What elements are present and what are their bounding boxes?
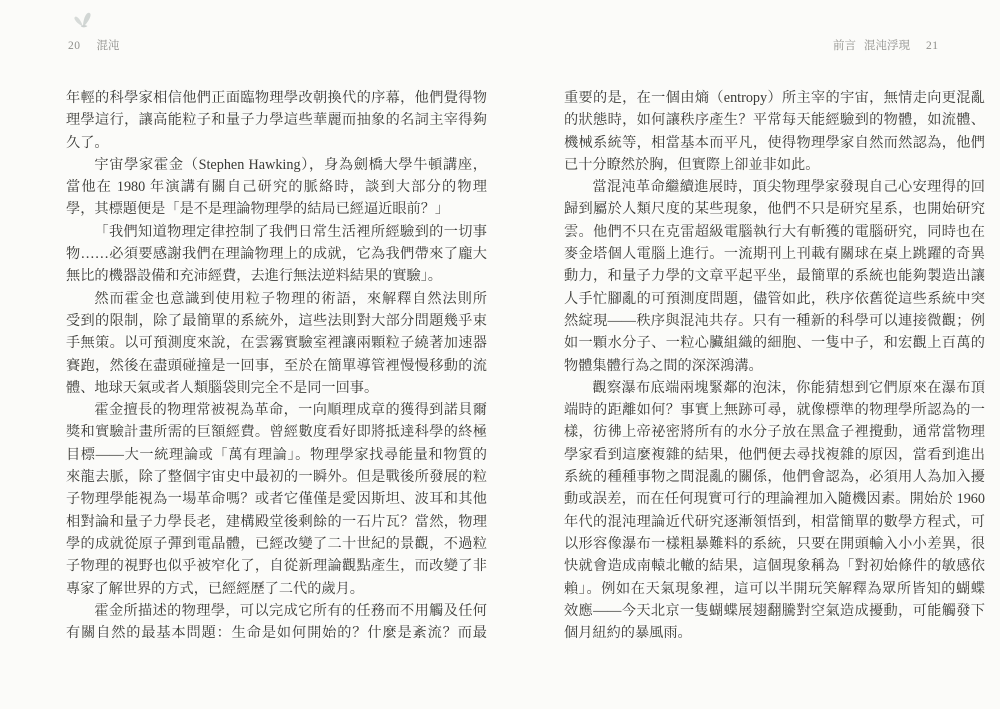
text-line: 無比的機器設備和充沛經費，去進行無法逆料結果的實驗」。 bbox=[66, 265, 487, 287]
text-line: 物……必須要感謝我們在理論物理上的成就，它為我們帶來了龐大 bbox=[66, 243, 487, 265]
text-line: 系統的種種事物之間混亂的關係，他們會認為，必須用人為加入擾 bbox=[564, 466, 985, 488]
text-line: 子物理的視野也似乎被窄化了，自從新理論觀點產生，而改變了非 bbox=[66, 555, 487, 577]
text-line: 重要的是，在一個由熵（entropy）所主宰的宇宙，無情走向更混亂 bbox=[564, 87, 985, 109]
text-line: 當他在 1980 年演講有關自己研究的脈絡時，談到大部分的物理 bbox=[66, 176, 487, 198]
text-line: 賽跑，然後在盡頭碰撞是一回事，至於在簡單導管裡慢慢移動的流 bbox=[66, 355, 487, 377]
text-line: 動或誤差，而在任何現實可行的理論裡加入隨機因素。開始於 1960 bbox=[564, 488, 985, 510]
running-head-right: 前言混沌浮現21 bbox=[833, 39, 939, 53]
text-line: 的狀態時，如何讓秩序產生？平常每天能經驗到的物體，如流體、 bbox=[564, 109, 985, 131]
text-line: 霍金所描述的物理學，可以完成它所有的任務而不用觸及任何 bbox=[66, 600, 487, 622]
text-line: 來龍去脈，除了整個宇宙史中最初的一瞬外。但是戰後所發展的粒 bbox=[66, 466, 487, 488]
text-line: 賴」。例如在天氣現象裡，這可以半開玩笑解釋為眾所皆知的蝴蝶 bbox=[564, 578, 985, 600]
text-line: 個月紐約的暴風雨。 bbox=[564, 622, 985, 644]
text-line: 快就會造成南轅北轍的結果，這個現象稱為「對初始條件的敏感依 bbox=[564, 555, 985, 577]
page-number-right: 21 bbox=[926, 40, 939, 52]
text-line: 麥金塔個人電腦上進行。一流期刊上刊載有關球在桌上跳躍的奇異 bbox=[564, 243, 985, 265]
page-right: 前言混沌浮現21 重要的是，在一個由熵（entropy）所主宰的宇宙，無情走向更… bbox=[500, 0, 1000, 709]
text-line: 然而霍金也意識到使用粒子物理的術語，來解釋自然法則所 bbox=[66, 288, 487, 310]
text-line: 有關自然的最基本問題：生命是如何開始的？什麼是紊流？而最 bbox=[66, 622, 487, 644]
text-line: 受到的限制，除了最簡單的系統外，這些法則對大部分問題幾乎束 bbox=[66, 310, 487, 332]
text-line: 宇宙學家霍金（Stephen Hawking），身為劍橋大學牛頓講座， bbox=[66, 154, 487, 176]
text-line: 物體集體行為之間的深深鴻溝。 bbox=[564, 355, 985, 377]
text-line: 「我們知道物理定律控制了我們日常生活裡所經驗到的一切事 bbox=[66, 221, 487, 243]
text-line: 手無策。以可預測度來說，在雲霧實驗室裡讓兩顆粒子繞著加速器 bbox=[66, 332, 487, 354]
text-line: 年代的混沌理論近代研究逐漸領悟到，相當簡單的數學方程式，可 bbox=[564, 511, 985, 533]
book-title: 混沌 bbox=[97, 40, 120, 52]
page-right-text-block: 重要的是，在一個由熵（entropy）所主宰的宇宙，無情走向更混亂的狀態時，如何… bbox=[564, 87, 985, 644]
section-title: 前言 bbox=[833, 40, 856, 52]
text-line: 體、地球天氣或者人類腦袋則完全不是同一回事。 bbox=[66, 377, 487, 399]
text-line: 子物理學能視為一場革命嗎？或者它僅僅是愛因斯坦、波耳和其他 bbox=[66, 488, 487, 510]
text-line: 效應——今天北京一隻蝴蝶展翅翻騰對空氣造成擾動，可能觸發下 bbox=[564, 600, 985, 622]
text-line: 動力，和量子力學的文章平起平坐，最簡單的系統也能夠製造出讓 bbox=[564, 265, 985, 287]
text-line: 學，其標題便是「是不是理論物理學的結局已經逼近眼前？」 bbox=[66, 198, 487, 220]
text-line: 如一顆水分子、一粒心臟組織的細胞、一隻中子，和宏觀上百萬的 bbox=[564, 332, 985, 354]
page-number-left: 20 bbox=[68, 40, 81, 52]
text-line: 獎和實驗計畫所需的巨額經費。曾經數度看好即將抵達科學的終極 bbox=[66, 421, 487, 443]
text-line: 以形容像瀑布一樣粗暴難料的系統，只要在開頭輸入小小差異，很 bbox=[564, 533, 985, 555]
text-line: 樣，彷彿上帝祕密將所有的水分子放在黑盒子裡攪動，通常當物理 bbox=[564, 421, 985, 443]
book-spread: 20混沌 年輕的科學家相信他們正面臨物理學改朝換代的序幕，他們覺得物理學這行，讓… bbox=[0, 0, 1000, 709]
text-line: 久了。 bbox=[66, 132, 487, 154]
text-line: 專家了解世界的方式，已經經歷了二代的歲月。 bbox=[66, 578, 487, 600]
text-line: 霍金擅長的物理常被視為革命，一向順理成章的獲得到諾貝爾 bbox=[66, 399, 487, 421]
text-line: 歸到屬於人類尺度的某些現象，他們不只是研究星系，也開始研究 bbox=[564, 198, 985, 220]
running-head-left: 20混沌 bbox=[68, 39, 120, 53]
text-line: 端時的距離如何？事實上無跡可尋，就像標準的物理學所認為的一 bbox=[564, 399, 985, 421]
text-line: 然綻現——秩序與混沌共存。只有一種新的科學可以連接微觀；例 bbox=[564, 310, 985, 332]
text-line: 雲。他們不只在克雷超級電腦執行大有斬獲的電腦研究，同時也在 bbox=[564, 221, 985, 243]
butterfly-logo-icon bbox=[71, 9, 95, 33]
text-line: 當混沌革命繼續進展時，頂尖物理學家發現自己心安理得的回 bbox=[564, 176, 985, 198]
text-line: 年輕的科學家相信他們正面臨物理學改朝換代的序幕，他們覺得物 bbox=[66, 87, 487, 109]
page-left-text-block: 年輕的科學家相信他們正面臨物理學改朝換代的序幕，他們覺得物理學這行，讓高能粒子和… bbox=[66, 87, 487, 644]
text-line: 觀察瀑布底端兩塊緊鄰的泡沫，你能猜想到它們原來在瀑布頂 bbox=[564, 377, 985, 399]
text-line: 學的成就從原子彈到電晶體，已經改變了二十世紀的景觀，不過粒 bbox=[66, 533, 487, 555]
chapter-title: 混沌浮現 bbox=[864, 40, 910, 52]
text-line: 相對論和量子力學長老，建構殿堂後剩餘的一石片瓦？當然，物理 bbox=[66, 511, 487, 533]
text-line: 目標——大一統理論或「萬有理論」。物理學家找尋能量和物質的 bbox=[66, 444, 487, 466]
page-left: 20混沌 年輕的科學家相信他們正面臨物理學改朝換代的序幕，他們覺得物理學這行，讓… bbox=[0, 0, 500, 709]
text-line: 機械系統等，相當基本而平凡，使得物理學家自然而然認為，他們 bbox=[564, 132, 985, 154]
text-line: 人手忙腳亂的可預測度問題，儘管如此，秩序依舊從這些系統中突 bbox=[564, 288, 985, 310]
text-line: 學家看到這麼複雜的結果，他們便去尋找複雜的原因，當看到進出 bbox=[564, 444, 985, 466]
text-line: 理學這行，讓高能粒子和量子力學這些華麗而抽象的名詞主宰得夠 bbox=[66, 109, 487, 131]
text-line: 已十分瞭然於胸，但實際上卻並非如此。 bbox=[564, 154, 985, 176]
